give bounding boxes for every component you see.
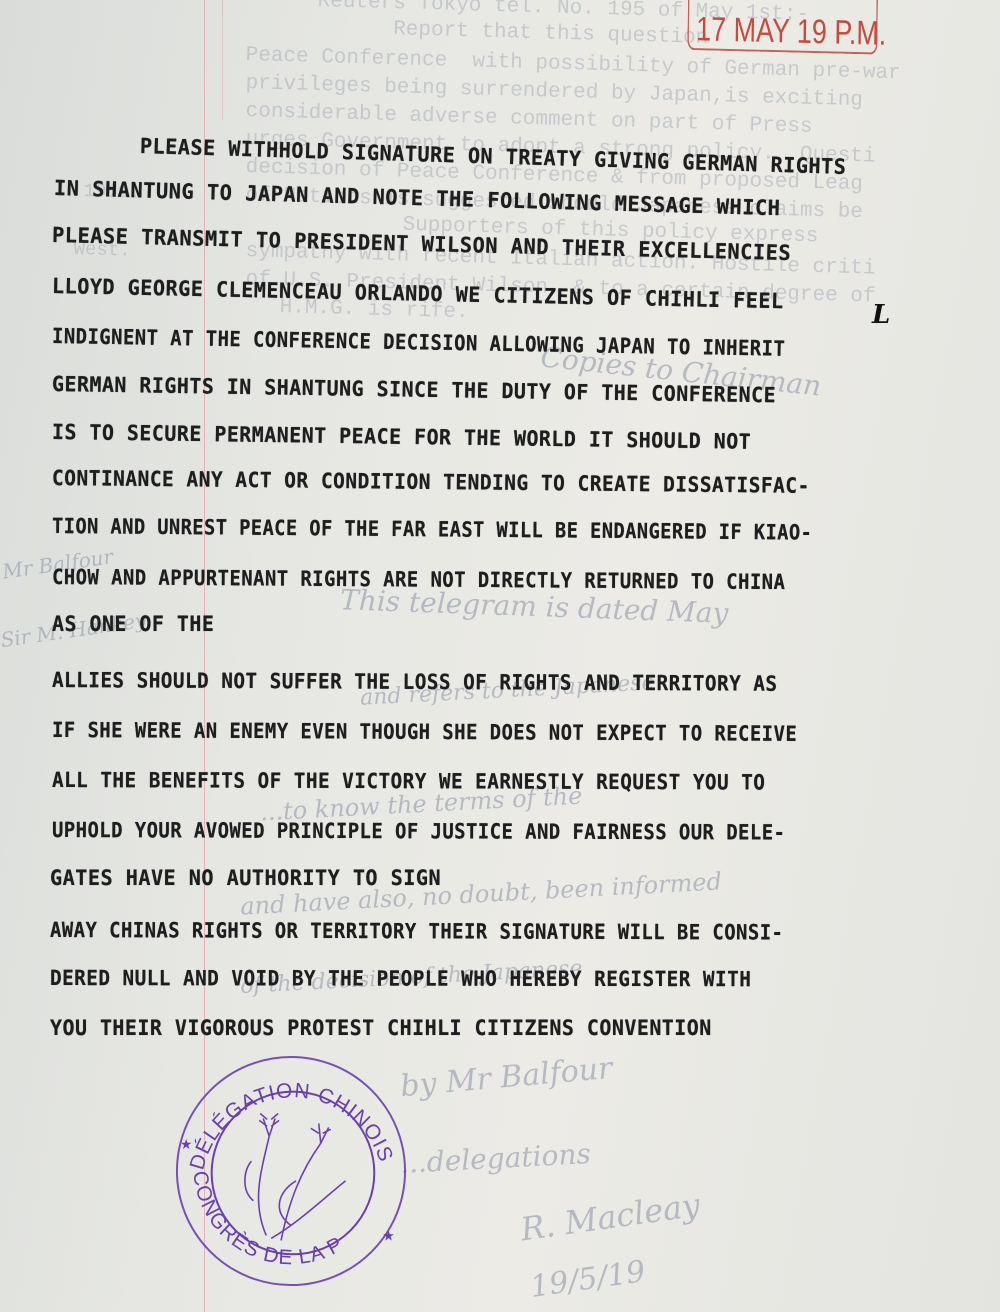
telegram-document-page: Reuters Tokyo tel. No. 195 of May 1st:- …	[0, 0, 1000, 1312]
received-date-stamp: 17 MAY 19 P.M.	[687, 0, 878, 55]
telegram-line: UPHOLD YOUR AVOWED PRINCIPLE OF JUSTICE …	[52, 818, 785, 845]
received-date-text: 17 MAY 19 P.M.	[696, 10, 887, 54]
telegram-line: CONTINANCE ANY ACT OR CONDITION TENDING …	[52, 466, 810, 498]
star-icon: ★	[382, 1227, 395, 1243]
telegram-line: CHOW AND APPURTENANT RIGHTS ARE NOT DIRE…	[52, 565, 786, 594]
telegram-line: IF SHE WERE AN ENEMY EVEN THOUGH SHE DOE…	[52, 718, 797, 746]
annotation-check-mark: L	[872, 300, 890, 330]
handwritten-note: by Mr Balfour	[399, 1051, 614, 1104]
handwritten-signature: R. Macleay	[518, 1186, 702, 1249]
margin-rule-faint	[222, 0, 223, 120]
telegram-line: INDIGNENT AT THE CONFERENCE DECISION ALL…	[52, 324, 786, 361]
star-icon: ★	[180, 1136, 193, 1152]
telegram-line: DERED NULL AND VOID BY THE PEOPLE WHO HE…	[50, 966, 751, 991]
telegram-line: IS TO SECURE PERMANENT PEACE FOR THE WOR…	[52, 420, 751, 454]
handwritten-date: 19/5/19	[528, 1254, 647, 1305]
seal-top-text: DÉLÉGATION CHINOISE	[172, 1052, 398, 1172]
telegram-line: GATES HAVE NO AUTHORITY TO SIGN	[50, 866, 441, 890]
telegram-line: ALL THE BENEFITS OF THE VICTORY WE EARNE…	[52, 768, 765, 794]
telegram-line: AS ONE OF THE	[52, 612, 214, 636]
wheat-sheaf-icon	[245, 1113, 346, 1240]
handwritten-note: ...delegations	[399, 1137, 591, 1180]
telegram-line: TION AND UNREST PEACE OF THE FAR EAST WI…	[52, 514, 813, 545]
telegram-line: ALLIES SHOULD NOT SUFFER THE LOSS OF RIG…	[52, 668, 778, 696]
delegation-seal-stamp: DÉLÉGATION CHINOISE CONGRÈS DE LA PAIX ★…	[172, 1052, 410, 1290]
telegram-line: YOU THEIR VIGOROUS PROTEST CHIHLI CITIZE…	[50, 1016, 712, 1040]
telegram-line: AWAY CHINAS RIGHTS OR TERRITORY THEIR SI…	[50, 918, 783, 945]
